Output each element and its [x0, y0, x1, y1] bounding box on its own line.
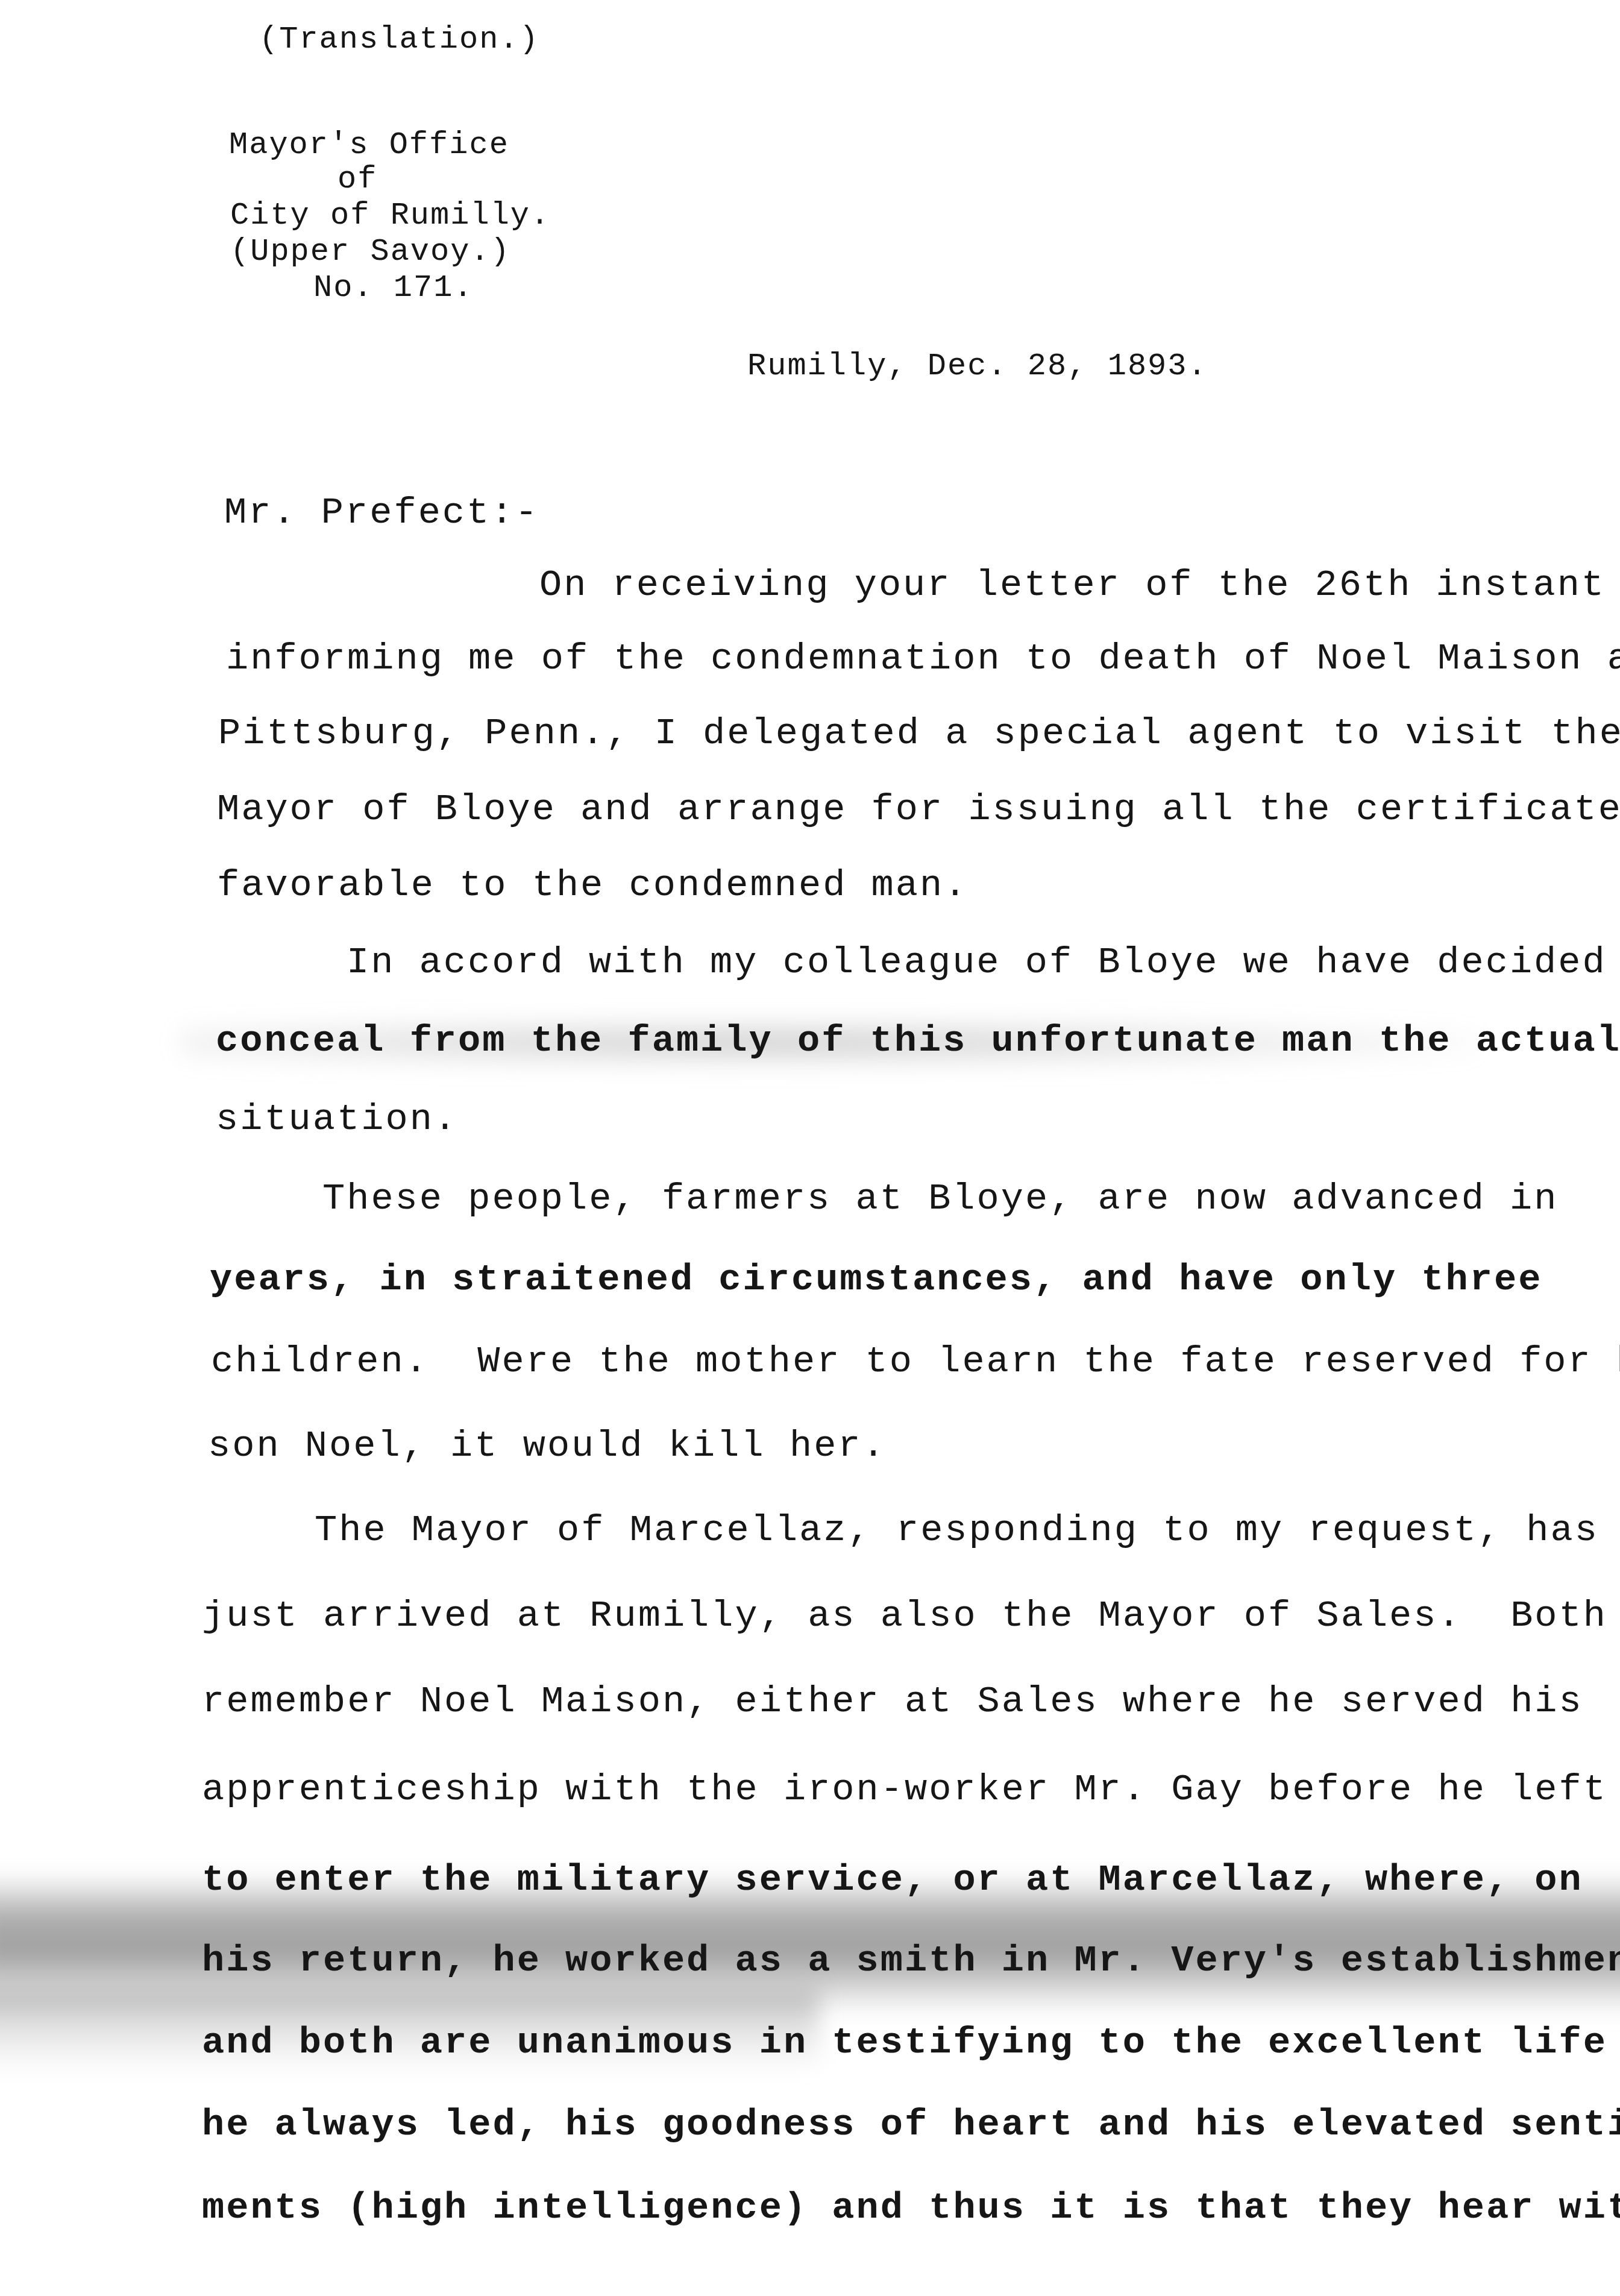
- translation-note: (Translation.): [259, 24, 539, 55]
- body-line: remember Noel Maison, either at Sales wh…: [202, 1683, 1583, 1720]
- body-line: just arrived at Rumilly, as also the May…: [202, 1597, 1607, 1635]
- body-line: to enter the military service, or at Mar…: [202, 1861, 1583, 1899]
- body-line: he always led, his goodness of heart and…: [202, 2106, 1620, 2143]
- body-line: and both are unanimous in testifying to …: [202, 2024, 1607, 2062]
- letterhead-line: (Upper Savoy.): [230, 236, 510, 268]
- date-line: Rumilly, Dec. 28, 1893.: [747, 351, 1208, 382]
- letterhead-line: No. 171.: [313, 272, 474, 304]
- body-line: son Noel, it would kill her.: [208, 1427, 887, 1465]
- letterhead-line: City of Rumilly.: [230, 200, 550, 231]
- body-line: Pittsburg, Penn., I delegated a special …: [218, 715, 1620, 752]
- body-line: conceal from the family of this unfortun…: [216, 1022, 1620, 1060]
- body-line: years, in straitened circumstances, and …: [210, 1261, 1542, 1298]
- letterhead-line: Mayor's Office: [229, 130, 509, 161]
- body-line: favorable to the condemned man.: [217, 867, 968, 904]
- body-line: children. Were the mother to learn the f…: [211, 1343, 1620, 1380]
- body-line: On receiving your letter of the 26th ins…: [539, 567, 1606, 604]
- body-line: ments (high intelligence) and thus it is…: [202, 2189, 1620, 2227]
- body-line: apprenticeship with the iron-worker Mr. …: [202, 1771, 1607, 1808]
- body-line: informing me of the condemnation to deat…: [226, 640, 1620, 678]
- document-page: (Translation.) Mayor's Office of City of…: [0, 0, 1620, 2296]
- body-line: Mayor of Bloye and arrange for issuing a…: [217, 791, 1620, 828]
- body-line: The Mayor of Marcellaz, responding to my…: [315, 1512, 1599, 1549]
- salutation: Mr. Prefect:-: [224, 494, 539, 532]
- body-line: In accord with my colleague of Bloye we …: [347, 944, 1620, 981]
- body-line: These people, farmers at Bloye, are now …: [322, 1180, 1559, 1218]
- body-line: his return, he worked as a smith in Mr. …: [202, 1942, 1620, 1980]
- letterhead-line: of: [337, 164, 377, 195]
- body-line: situation.: [216, 1101, 458, 1138]
